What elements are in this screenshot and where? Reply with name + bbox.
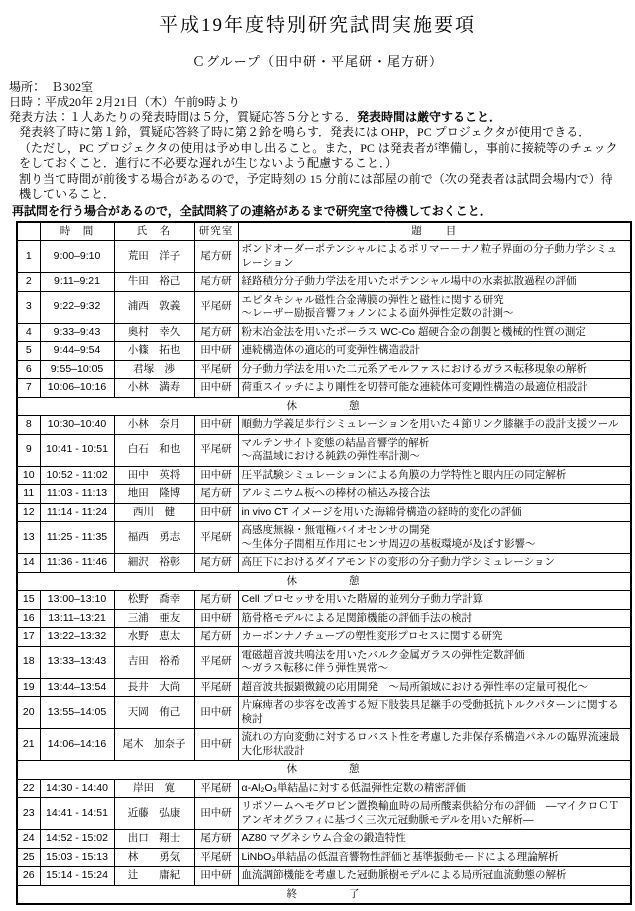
time-cell: 9:55–10:05	[40, 360, 114, 379]
title-subline: ～レーザー励振音響フォノンによる面外弾性定数の計測～	[242, 307, 628, 321]
row-number: 6	[17, 360, 40, 379]
title-line: マルテンサイト変態の結晶音響学的解析	[242, 437, 628, 451]
row-number: 2	[17, 273, 40, 292]
title-cell: エピタキシャル磁性合金薄膜の弾性と磁性に関する研究～レーザー励振音響フォノンによ…	[238, 291, 631, 323]
table-row: 49:33–9:43奥村 幸久尾方研粉末冶金法を用いたポーラス WC-Co 超硬…	[17, 323, 631, 342]
title-line: アルミニウム板への棒材の植込み接合法	[242, 487, 628, 501]
title-cell: 高感度無線・無電極バイオセンサの開発～生体分子間相互作用にセンサ周辺の基板環境が…	[238, 522, 631, 554]
time-cell: 10:30–10:40	[40, 416, 114, 435]
time-cell: 11:03 - 11:13	[40, 485, 114, 504]
table-row: 19:00–9:10荒田 洋子尾方研ボンドオーダーポテンシャルによるポリマー－ナ…	[17, 241, 631, 273]
title-cell: 高圧下におけるダイアモンドの変形の分子動力学シミュレーション	[238, 554, 631, 573]
title-line: 電磁超音波共鳴法を用いたバルク金属ガラスの弾性定数評価	[242, 649, 628, 663]
row-number: 15	[17, 591, 40, 610]
name-cell: 荒田 洋子	[114, 241, 194, 273]
name-cell: 天岡 侑己	[114, 697, 194, 729]
lab-cell: 田中研	[194, 867, 238, 886]
table-row: 1613:11–13:21三浦 亜友田中研筋骨格モデルによる足関節機能の評価手法…	[17, 609, 631, 628]
table-row: 1010:52 - 11:02田中 英将田中研圧平試験シミュレーションによる角膜…	[17, 466, 631, 485]
name-cell: 福西 勇志	[114, 522, 194, 554]
location-line: 場所： Ｂ302室	[4, 80, 631, 95]
header-row: 時 間 氏 名 研究室 題 目	[17, 222, 631, 241]
title-line: α-Al₂O₃単結晶に対する低温弾性定数の精密評価	[242, 782, 628, 796]
break-label: 休 憩	[17, 761, 631, 780]
time-cell: 14:06–14:16	[40, 729, 114, 761]
table-row: 2314:41 - 14:51近藤 弘康田中研リポソームヘモグロビン置換輸血時の…	[17, 798, 631, 830]
row-number: 19	[17, 678, 40, 697]
title-cell: LiNbO₃単結晶の低温音響物性評価と基準振動モードによる理論解析	[238, 848, 631, 867]
table-row: 2114:06–14:16尾木 加奈子田中研流れの方向変動に対するロバスト性を考…	[17, 729, 631, 761]
row-number: 3	[17, 291, 40, 323]
row-number: 23	[17, 798, 40, 830]
title-line: in vivo CT イメージを用いた海綿骨構造の経時的変化の評価	[242, 506, 628, 520]
title-line: リポソームヘモグロビン置換輸血時の局所酸素供給分布の評価 ―マイクロＣＴアンギオ…	[242, 800, 628, 827]
schedule-table-header: 時 間 氏 名 研究室 題 目	[17, 222, 631, 241]
name-cell: 尾木 加奈子	[114, 729, 194, 761]
lab-cell: 尾方研	[194, 241, 238, 273]
name-cell: 長井 大尚	[114, 678, 194, 697]
title-line: 荷重スイッチにより剛性を切替可能な連続体可変剛性構造の最適位相設計	[242, 381, 628, 395]
title-cell: アルミニウム板への棒材の植込み接合法	[238, 485, 631, 504]
lab-cell: 田中研	[194, 697, 238, 729]
method-bold-text: 発表時間は厳守すること．	[357, 110, 501, 124]
time-cell: 15:14 - 15:24	[40, 867, 114, 886]
time-cell: 14:41 - 14:51	[40, 798, 114, 830]
time-cell: 15:03 - 15:13	[40, 848, 114, 867]
title-line: ボンドオーダーポテンシャルによるポリマー－ナノ粒子界面の分子動力学シミュレーショ…	[242, 243, 628, 270]
title-line: 血流調節機能を考慮した冠動脈樹モデルによる局所冠血流動態の解析	[242, 869, 628, 883]
header-lab: 研究室	[194, 222, 238, 241]
time-cell: 10:41 - 10:51	[40, 434, 114, 466]
row-number: 16	[17, 609, 40, 628]
title-cell: 粉末冶金法を用いたポーラス WC-Co 超硬合金の創製と機械的性質の測定	[238, 323, 631, 342]
title-cell: in vivo CT イメージを用いた海綿骨構造の経時的変化の評価	[238, 503, 631, 522]
row-number: 20	[17, 697, 40, 729]
lab-cell: 平尾研	[194, 848, 238, 867]
title-line: 粉末冶金法を用いたポーラス WC-Co 超硬合金の創製と機械的性質の測定	[242, 326, 628, 340]
name-cell: 小林 奈月	[114, 416, 194, 435]
break-label: 休 憩	[17, 572, 631, 591]
name-cell: 辻 庸紀	[114, 867, 194, 886]
note-line: （ただし，PC プロジェクタの使用は予め申し出ること。また，PC は発表者が準備…	[4, 141, 631, 157]
table-row: 1311:25 - 11:35福西 勇志平尾研高感度無線・無電極バイオセンサの開…	[17, 522, 631, 554]
method-line: 発表方法：１人あたりの発表時間は５分，質疑応答５分とする．発表時間は厳守すること…	[4, 110, 631, 125]
time-cell: 13:22–13:32	[40, 628, 114, 647]
header-title: 題 目	[238, 222, 631, 241]
row-number: 24	[17, 830, 40, 849]
time-cell: 10:06–10:16	[40, 379, 114, 398]
name-cell: 吉田 裕希	[114, 646, 194, 678]
time-cell: 13:00–13:10	[40, 591, 114, 610]
lab-cell: 尾方研	[194, 628, 238, 647]
table-row: 39:22–9:32浦西 敦義平尾研エピタキシャル磁性合金薄膜の弾性と磁性に関す…	[17, 291, 631, 323]
name-cell: 白石 和也	[114, 434, 194, 466]
table-row: 29:11–9:21牛田 裕己尾方研経路積分分子動力学法を用いたポテンシャル場中…	[17, 273, 631, 292]
name-cell: 小林 満寿	[114, 379, 194, 398]
title-cell: ボンドオーダーポテンシャルによるポリマー－ナノ粒子界面の分子動力学シミュレーショ…	[238, 241, 631, 273]
title-cell: 血流調節機能を考慮した冠動脈樹モデルによる局所冠血流動態の解析	[238, 867, 631, 886]
name-cell: 奥村 幸久	[114, 323, 194, 342]
table-row: 2615:14 - 15:24辻 庸紀田中研血流調節機能を考慮した冠動脈樹モデル…	[17, 867, 631, 886]
title-line: 高圧下におけるダイアモンドの変形の分子動力学シミュレーション	[242, 556, 628, 570]
title-line: 筋骨格モデルによる足関節機能の評価手法の検討	[242, 612, 628, 626]
lab-cell: 尾方研	[194, 485, 238, 504]
time-cell: 13:33–13:43	[40, 646, 114, 678]
lab-cell: 平尾研	[194, 291, 238, 323]
row-number: 5	[17, 342, 40, 361]
break-label: 終 了	[17, 885, 631, 904]
lab-cell: 田中研	[194, 416, 238, 435]
header-name: 氏 名	[114, 222, 194, 241]
table-row: 1813:33–13:43吉田 裕希平尾研電磁超音波共鳴法を用いたバルク金属ガラ…	[17, 646, 631, 678]
lab-cell: 田中研	[194, 609, 238, 628]
name-cell: 林 勇気	[114, 848, 194, 867]
title-subline: ～ガラス転移に伴う弾性異常～	[242, 662, 628, 676]
name-cell: 近藤 弘康	[114, 798, 194, 830]
name-cell: 君塚 渉	[114, 360, 194, 379]
lab-cell: 平尾研	[194, 522, 238, 554]
time-cell: 13:11–13:21	[40, 609, 114, 628]
table-row: 1111:03 - 11:13地田 隆博尾方研アルミニウム板への棒材の植込み接合…	[17, 485, 631, 504]
title-line: エピタキシャル磁性合金薄膜の弾性と磁性に関する研究	[242, 294, 628, 308]
lab-cell: 田中研	[194, 466, 238, 485]
title-line: 圧平試験シミュレーションによる角膜の力学特性と眼内圧の同定解析	[242, 469, 628, 483]
title-line: 流れの方向変動に対するロバスト性を考慮した非保存系構造パネルの臨界流速最大化形状…	[242, 731, 628, 758]
table-row: 910:41 - 10:51白石 和也平尾研マルテンサイト変態の結晶音響学的解析…	[17, 434, 631, 466]
lab-cell: 平尾研	[194, 779, 238, 798]
lab-cell: 平尾研	[194, 646, 238, 678]
table-row: 1513:00–13:10松野 喬幸尾方研Cell プロセッサを用いた階層的並列…	[17, 591, 631, 610]
break-row: 休 憩	[17, 761, 631, 780]
title-line: 高感度無線・無電極バイオセンサの開発	[242, 524, 628, 538]
page-title: 平成19年度特別研究試問実施要項	[4, 10, 631, 37]
note-line: 発表終了時に第１鈴，質疑応答終了時に第２鈴を鳴らす．発表には OHP，PC プロ…	[4, 125, 631, 141]
break-label: 休 憩	[17, 397, 631, 416]
note-line: 割り当て時間が前後する場合があるので，予定時刻の 15 分前には部屋の前で（次の…	[4, 172, 631, 188]
title-line: Cell プロセッサを用いた階層的並列分子動力学計算	[242, 593, 628, 607]
lab-cell: 田中研	[194, 798, 238, 830]
name-cell: 西川 健	[114, 503, 194, 522]
title-cell: マルテンサイト変態の結晶音響学的解析～高温域における純鉄の弾性率計測～	[238, 434, 631, 466]
document-page: 平成19年度特別研究試問実施要項 Ｃグループ（田中研・平尾研・尾方研） 場所： …	[0, 0, 635, 909]
table-row: 1411:36 - 11:46細沢 裕彰尾方研高圧下におけるダイアモンドの変形の…	[17, 554, 631, 573]
table-row: 1211:14 - 11:24西川 健田中研in vivo CT イメージを用い…	[17, 503, 631, 522]
name-cell: 松野 喬幸	[114, 591, 194, 610]
title-cell: Cell プロセッサを用いた階層的並列分子動力学計算	[238, 591, 631, 610]
title-cell: 片麻痺者の歩容を改善する短下肢装具足継手の受動抵抗トルクパターンに関する検討	[238, 697, 631, 729]
name-cell: 小篠 拓也	[114, 342, 194, 361]
title-line: 片麻痺者の歩容を改善する短下肢装具足継手の受動抵抗トルクパターンに関する検討	[242, 699, 628, 726]
name-cell: 田中 英将	[114, 466, 194, 485]
lab-cell: 田中研	[194, 342, 238, 361]
title-cell: 連続構造体の適応的可変弾性構造設計	[238, 342, 631, 361]
title-subline: ～高温域における純鉄の弾性率計測～	[242, 450, 628, 464]
notes-block: 発表終了時に第１鈴，質疑応答終了時に第２鈴を鳴らす．発表には OHP，PC プロ…	[4, 125, 631, 203]
header-no	[17, 222, 40, 241]
title-line: 連続構造体の適応的可変弾性構造設計	[242, 344, 628, 358]
lab-cell: 平尾研	[194, 678, 238, 697]
break-row: 休 憩	[17, 572, 631, 591]
title-line: AZ80 マグネシウム合金の鍛造特性	[242, 832, 628, 846]
title-cell: 荷重スイッチにより剛性を切替可能な連続体可変剛性構造の最適位相設計	[238, 379, 631, 398]
title-subline: ～生体分子間相互作用にセンサ周辺の基板環境が及ぼす影響～	[242, 538, 628, 552]
name-cell: 岸田 寛	[114, 779, 194, 798]
title-cell: 筋骨格モデルによる足関節機能の評価手法の検討	[238, 609, 631, 628]
title-line: 超音波共振顕微鏡の応用開発 ～局所領域における弾性率の定量可視化～	[242, 681, 628, 695]
time-cell: 13:55–14:05	[40, 697, 114, 729]
name-cell: 水野 恵太	[114, 628, 194, 647]
group-subtitle: Ｃグループ（田中研・平尾研・尾方研）	[4, 51, 631, 70]
title-line: 経路積分分子動力学法を用いたポテンシャル場中の水素拡散過程の評価	[242, 275, 628, 289]
row-number: 4	[17, 323, 40, 342]
name-cell: 地田 隆博	[114, 485, 194, 504]
time-cell: 13:44–13:54	[40, 678, 114, 697]
title-cell: 超音波共振顕微鏡の応用開発 ～局所領域における弾性率の定量可視化～	[238, 678, 631, 697]
lab-cell: 田中研	[194, 379, 238, 398]
time-cell: 10:52 - 11:02	[40, 466, 114, 485]
table-row: 810:30–10:40小林 奈月田中研順動力学義足歩行シミュレーションを用いた…	[17, 416, 631, 435]
row-number: 14	[17, 554, 40, 573]
title-cell: 流れの方向変動に対するロバスト性を考慮した非保存系構造パネルの臨界流速最大化形状…	[238, 729, 631, 761]
table-row: 2515:03 - 15:13林 勇気平尾研LiNbO₃単結晶の低温音響物性評価…	[17, 848, 631, 867]
time-cell: 9:11–9:21	[40, 273, 114, 292]
title-cell: AZ80 マグネシウム合金の鍛造特性	[238, 830, 631, 849]
title-cell: 順動力学義足歩行シミュレーションを用いた４節リンク膝継手の設計支援ツール	[238, 416, 631, 435]
title-line: 分子動力学法を用いた二元系アモルファスにおけるガラス転移現象の解析	[242, 363, 628, 377]
time-cell: 14:30 - 14:40	[40, 779, 114, 798]
lab-cell: 尾方研	[194, 323, 238, 342]
row-number: 10	[17, 466, 40, 485]
lab-cell: 田中研	[194, 729, 238, 761]
row-number: 11	[17, 485, 40, 504]
lab-cell: 平尾研	[194, 434, 238, 466]
name-cell: 浦西 敦義	[114, 291, 194, 323]
time-cell: 9:33–9:43	[40, 323, 114, 342]
table-row: 2013:55–14:05天岡 侑己田中研片麻痺者の歩容を改善する短下肢装具足継…	[17, 697, 631, 729]
row-number: 12	[17, 503, 40, 522]
note-line: をしておくこと．進行に不必要な遅れが生じないよう配慮すること．）	[4, 156, 631, 172]
title-cell: リポソームヘモグロビン置換輸血時の局所酸素供給分布の評価 ―マイクロＣＴアンギオ…	[238, 798, 631, 830]
name-cell: 牛田 裕己	[114, 273, 194, 292]
table-row: 1913:44–13:54長井 大尚平尾研超音波共振顕微鏡の応用開発 ～局所領域…	[17, 678, 631, 697]
lab-cell: 尾方研	[194, 554, 238, 573]
title-cell: 電磁超音波共鳴法を用いたバルク金属ガラスの弾性定数評価～ガラス転移に伴う弾性異常…	[238, 646, 631, 678]
title-cell: 分子動力学法を用いた二元系アモルファスにおけるガラス転移現象の解析	[238, 360, 631, 379]
row-number: 26	[17, 867, 40, 886]
name-cell: 三浦 亜友	[114, 609, 194, 628]
time-cell: 11:14 - 11:24	[40, 503, 114, 522]
time-cell: 14:52 - 15:02	[40, 830, 114, 849]
title-cell: カーボンナノチューブの塑性変形プロセスに関する研究	[238, 628, 631, 647]
schedule-table: 時 間 氏 名 研究室 題 目 19:00–9:10荒田 洋子尾方研ボンドオーダ…	[16, 221, 632, 906]
header-time: 時 間	[40, 222, 114, 241]
row-number: 8	[17, 416, 40, 435]
name-cell: 細沢 裕彰	[114, 554, 194, 573]
info-block: 場所： Ｂ302室 日時：平成20年 2月21日（木）午前9時より 発表方法：１…	[4, 80, 631, 125]
title-line: LiNbO₃単結晶の低温音響物性評価と基準振動モードによる理論解析	[242, 851, 628, 865]
datetime-line: 日時：平成20年 2月21日（木）午前9時より	[4, 95, 631, 110]
warning-line: 再試問を行う場合があるので，全試問終了の連絡があるまで研究室で待機しておくこと．	[4, 203, 631, 219]
table-row: 69:55–10:05君塚 渉平尾研分子動力学法を用いた二元系アモルファスにおけ…	[17, 360, 631, 379]
lab-cell: 尾方研	[194, 830, 238, 849]
row-number: 7	[17, 379, 40, 398]
table-row: 2214:30 - 14:40岸田 寛平尾研α-Al₂O₃単結晶に対する低温弾性…	[17, 779, 631, 798]
row-number: 13	[17, 522, 40, 554]
lab-cell: 尾方研	[194, 591, 238, 610]
title-cell: 経路積分分子動力学法を用いたポテンシャル場中の水素拡散過程の評価	[238, 273, 631, 292]
row-number: 1	[17, 241, 40, 273]
time-cell: 9:00–9:10	[40, 241, 114, 273]
break-row: 休 憩	[17, 397, 631, 416]
time-cell: 11:25 - 11:35	[40, 522, 114, 554]
row-number: 9	[17, 434, 40, 466]
name-cell: 出口 翔士	[114, 830, 194, 849]
lab-cell: 尾方研	[194, 273, 238, 292]
table-row: 59:44–9:54小篠 拓也田中研連続構造体の適応的可変弾性構造設計	[17, 342, 631, 361]
lab-cell: 田中研	[194, 503, 238, 522]
schedule-table-body: 19:00–9:10荒田 洋子尾方研ボンドオーダーポテンシャルによるポリマー－ナ…	[17, 241, 631, 905]
note-line: 機していること．	[4, 187, 631, 203]
break-row: 終 了	[17, 885, 631, 904]
time-cell: 9:22–9:32	[40, 291, 114, 323]
title-cell: 圧平試験シミュレーションによる角膜の力学特性と眼内圧の同定解析	[238, 466, 631, 485]
row-number: 18	[17, 646, 40, 678]
row-number: 17	[17, 628, 40, 647]
lab-cell: 平尾研	[194, 360, 238, 379]
method-text: 発表方法：１人あたりの発表時間は５分，質疑応答５分とする．	[9, 110, 357, 124]
row-number: 21	[17, 729, 40, 761]
row-number: 25	[17, 848, 40, 867]
title-line: 順動力学義足歩行シミュレーションを用いた４節リンク膝継手の設計支援ツール	[242, 418, 628, 432]
table-row: 2414:52 - 15:02出口 翔士尾方研AZ80 マグネシウム合金の鍛造特…	[17, 830, 631, 849]
time-cell: 9:44–9:54	[40, 342, 114, 361]
table-row: 710:06–10:16小林 満寿田中研荷重スイッチにより剛性を切替可能な連続体…	[17, 379, 631, 398]
title-line: カーボンナノチューブの塑性変形プロセスに関する研究	[242, 630, 628, 644]
row-number: 22	[17, 779, 40, 798]
time-cell: 11:36 - 11:46	[40, 554, 114, 573]
table-row: 1713:22–13:32水野 恵太尾方研カーボンナノチューブの塑性変形プロセス…	[17, 628, 631, 647]
title-cell: α-Al₂O₃単結晶に対する低温弾性定数の精密評価	[238, 779, 631, 798]
